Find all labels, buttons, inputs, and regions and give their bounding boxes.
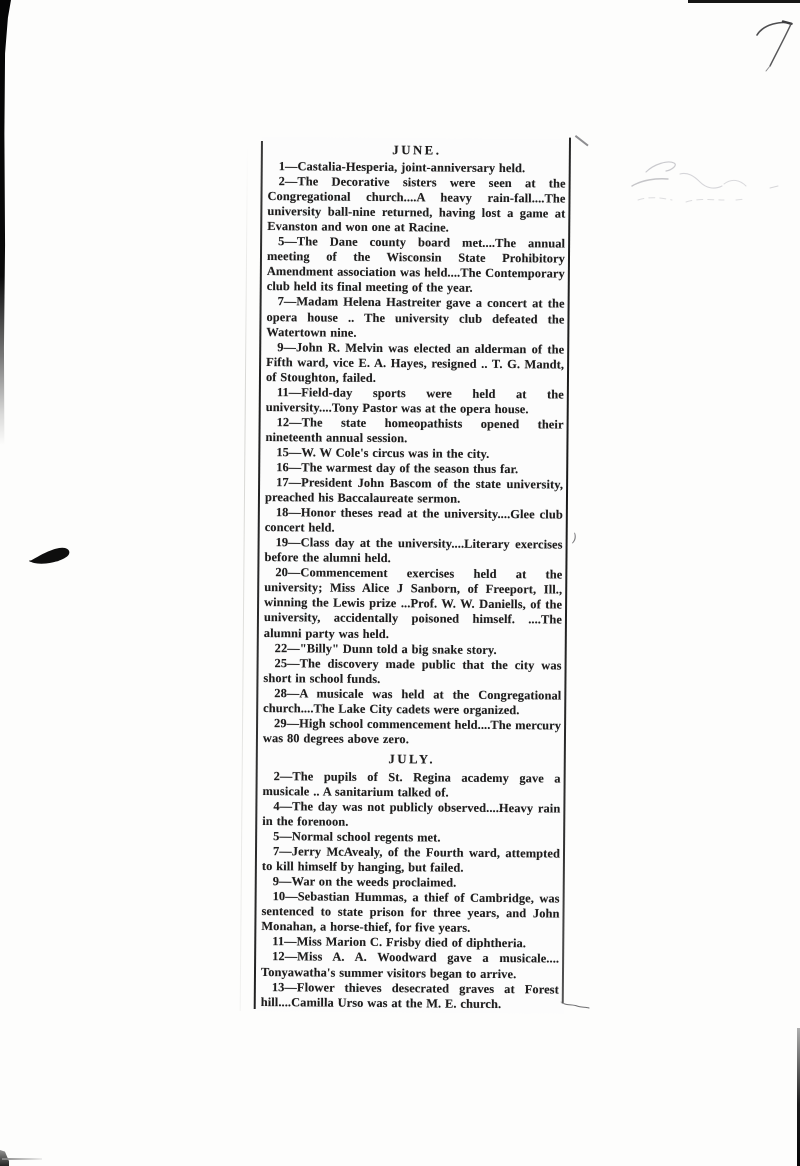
clipping-entry: 12—The state homeopathists opened their …	[265, 415, 563, 448]
stray-hook-mark: )	[571, 531, 578, 546]
bottom-left-scan-line	[2, 1158, 42, 1160]
clipping-entry: 17—President John Bascom of the state un…	[265, 475, 563, 508]
clipping-entry: 25—The discovery made public that the ci…	[263, 656, 561, 689]
handwritten-page-number	[750, 14, 796, 74]
scanned-page: ) JUNE.1—Castalia-Hesperia, joint-annive…	[0, 0, 800, 1166]
clipping-entry: 7—Jerry McAvealy, of the Fourth ward, at…	[262, 844, 560, 877]
clipping-entry: 7—Madam Helena Hastreiter gave a concert…	[266, 295, 564, 343]
clipping-entry: 9—John R. Melvin was elected an alderman…	[266, 340, 564, 388]
clipping-entry: 4—The day was not publicly observed....H…	[262, 799, 560, 832]
ink-blob	[28, 543, 74, 571]
clipping-entry: 12—Miss A. A. Woodward gave a musicale..…	[261, 950, 559, 983]
clipping-text: JUNE.1—Castalia-Hesperia, joint-annivers…	[261, 137, 566, 1012]
clipping-entry: 28—A musicale was held at the Congregati…	[263, 686, 561, 719]
handwritten-seven-glyph	[750, 14, 796, 74]
clipping-entry: 10—Sebastian Hummas, a thief of Cambridg…	[261, 889, 559, 937]
clipping-entry: 13—Flower thieves desecrated graves at F…	[261, 980, 559, 1013]
clipping-entry: 2—The pupils of St. Regina academy gave …	[262, 769, 560, 802]
top-right-edge-scan-artifact	[688, 0, 800, 3]
clipping-entry: 18—Honor theses read at the university..…	[265, 505, 563, 538]
section-heading: JULY.	[263, 746, 561, 772]
clipping-entry: 11—Field-day sports were held at the uni…	[266, 385, 564, 418]
left-edge-scan-artifact	[0, 0, 11, 445]
clipping-entry: 20—Commencement exercises held at the un…	[264, 565, 563, 643]
clipping-paper-edge	[240, 147, 248, 1011]
clipping-entry: 2—The Decorative sisters were seen at th…	[267, 174, 565, 237]
pencil-scribble	[628, 148, 788, 210]
clipping-entry: 19—Class day at the university....Litera…	[264, 535, 562, 568]
stray-pen-tick	[575, 135, 589, 146]
newspaper-clipping: JUNE.1—Castalia-Hesperia, joint-annivers…	[255, 137, 571, 1014]
clipping-entry: 5—The Dane county board met....The annua…	[267, 234, 565, 297]
rule-tail-mark	[560, 997, 590, 1007]
clipping-entry: 29—High school commencement held....The …	[263, 716, 561, 749]
